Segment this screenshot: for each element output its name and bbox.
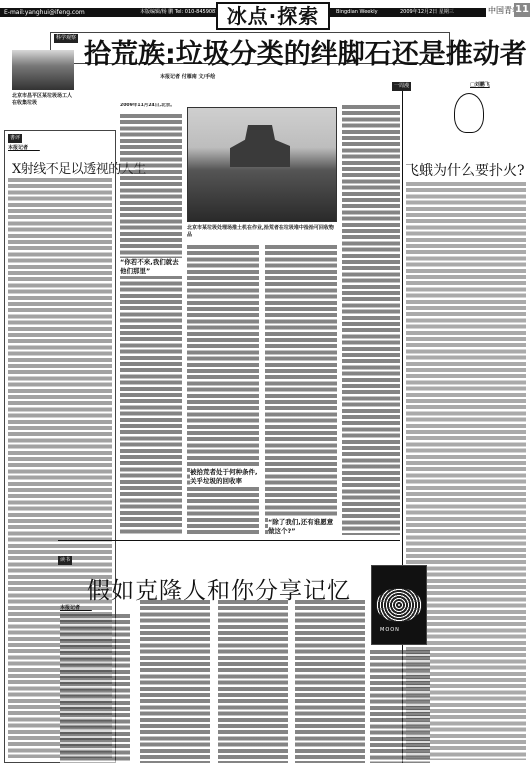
moon-poster-graphic [376,588,422,622]
subhead-2: 被拾荒者处于何种条件,关乎垃圾的回收率 [190,468,260,486]
left-byline: 本报记者 ____ [8,145,40,152]
masthead-email: E-mail:yanghui@ifeng.com [4,8,85,17]
review-tag: 读书 [58,556,72,565]
masthead-editor-info: 本版编辑/杨 鹏 Tel: 010-84590813 [140,8,222,17]
photo-small [12,50,74,90]
page-number: 11 [514,3,530,17]
right-headline: 飞蛾为什么要扑火? [405,160,525,180]
lead-body-col3 [265,245,337,535]
lead-headline: 拾荒族:垃圾分类的绊脚石还是推动者 [84,32,527,71]
moon-poster-title: MOON [380,627,400,633]
review-body-col3 [218,600,288,763]
left-tag: 書评 [8,134,22,143]
lead-body-col2 [187,245,259,535]
review-body-col2 [140,600,210,763]
subhead-3: “除了我们,还有谁愿意做这个?” [268,518,338,536]
cartoon-portrait [454,93,484,133]
right-tag: 一周漫 [392,82,411,91]
photo-main-caption: 北京市某垃圾处理场推土机在作业,拾荒者在垃圾堆中捡拾可回收物品 [187,225,337,239]
review-byline: 本报记者 ____ [60,605,92,612]
photo-small-caption: 北京市昌平区某垃圾场工人在收集垃圾 [12,93,74,107]
subhead-1: “你若不来,我们就去他们那里” [120,258,182,276]
review-body-col1 [60,614,130,763]
lead-body-col4 [342,105,400,535]
lead-tag: 科学观察 [54,34,78,43]
masthead-date: 2009年12月2日 星期三 [400,8,454,17]
masthead-weekly: Bingdian Weekly [336,8,378,17]
right-author: □刘鹏飞 [470,82,490,89]
lead-byline: 本报记者 付雁南 文/手绘 [160,73,215,80]
review-body-col4 [295,600,365,763]
section-title: 冰点·探索 [216,2,330,30]
review-body-col5 [370,650,430,763]
lead-body-col1 [120,114,182,534]
lead-opening: 2009年11月24日,北京。 [120,103,182,114]
section-divider [58,540,400,541]
